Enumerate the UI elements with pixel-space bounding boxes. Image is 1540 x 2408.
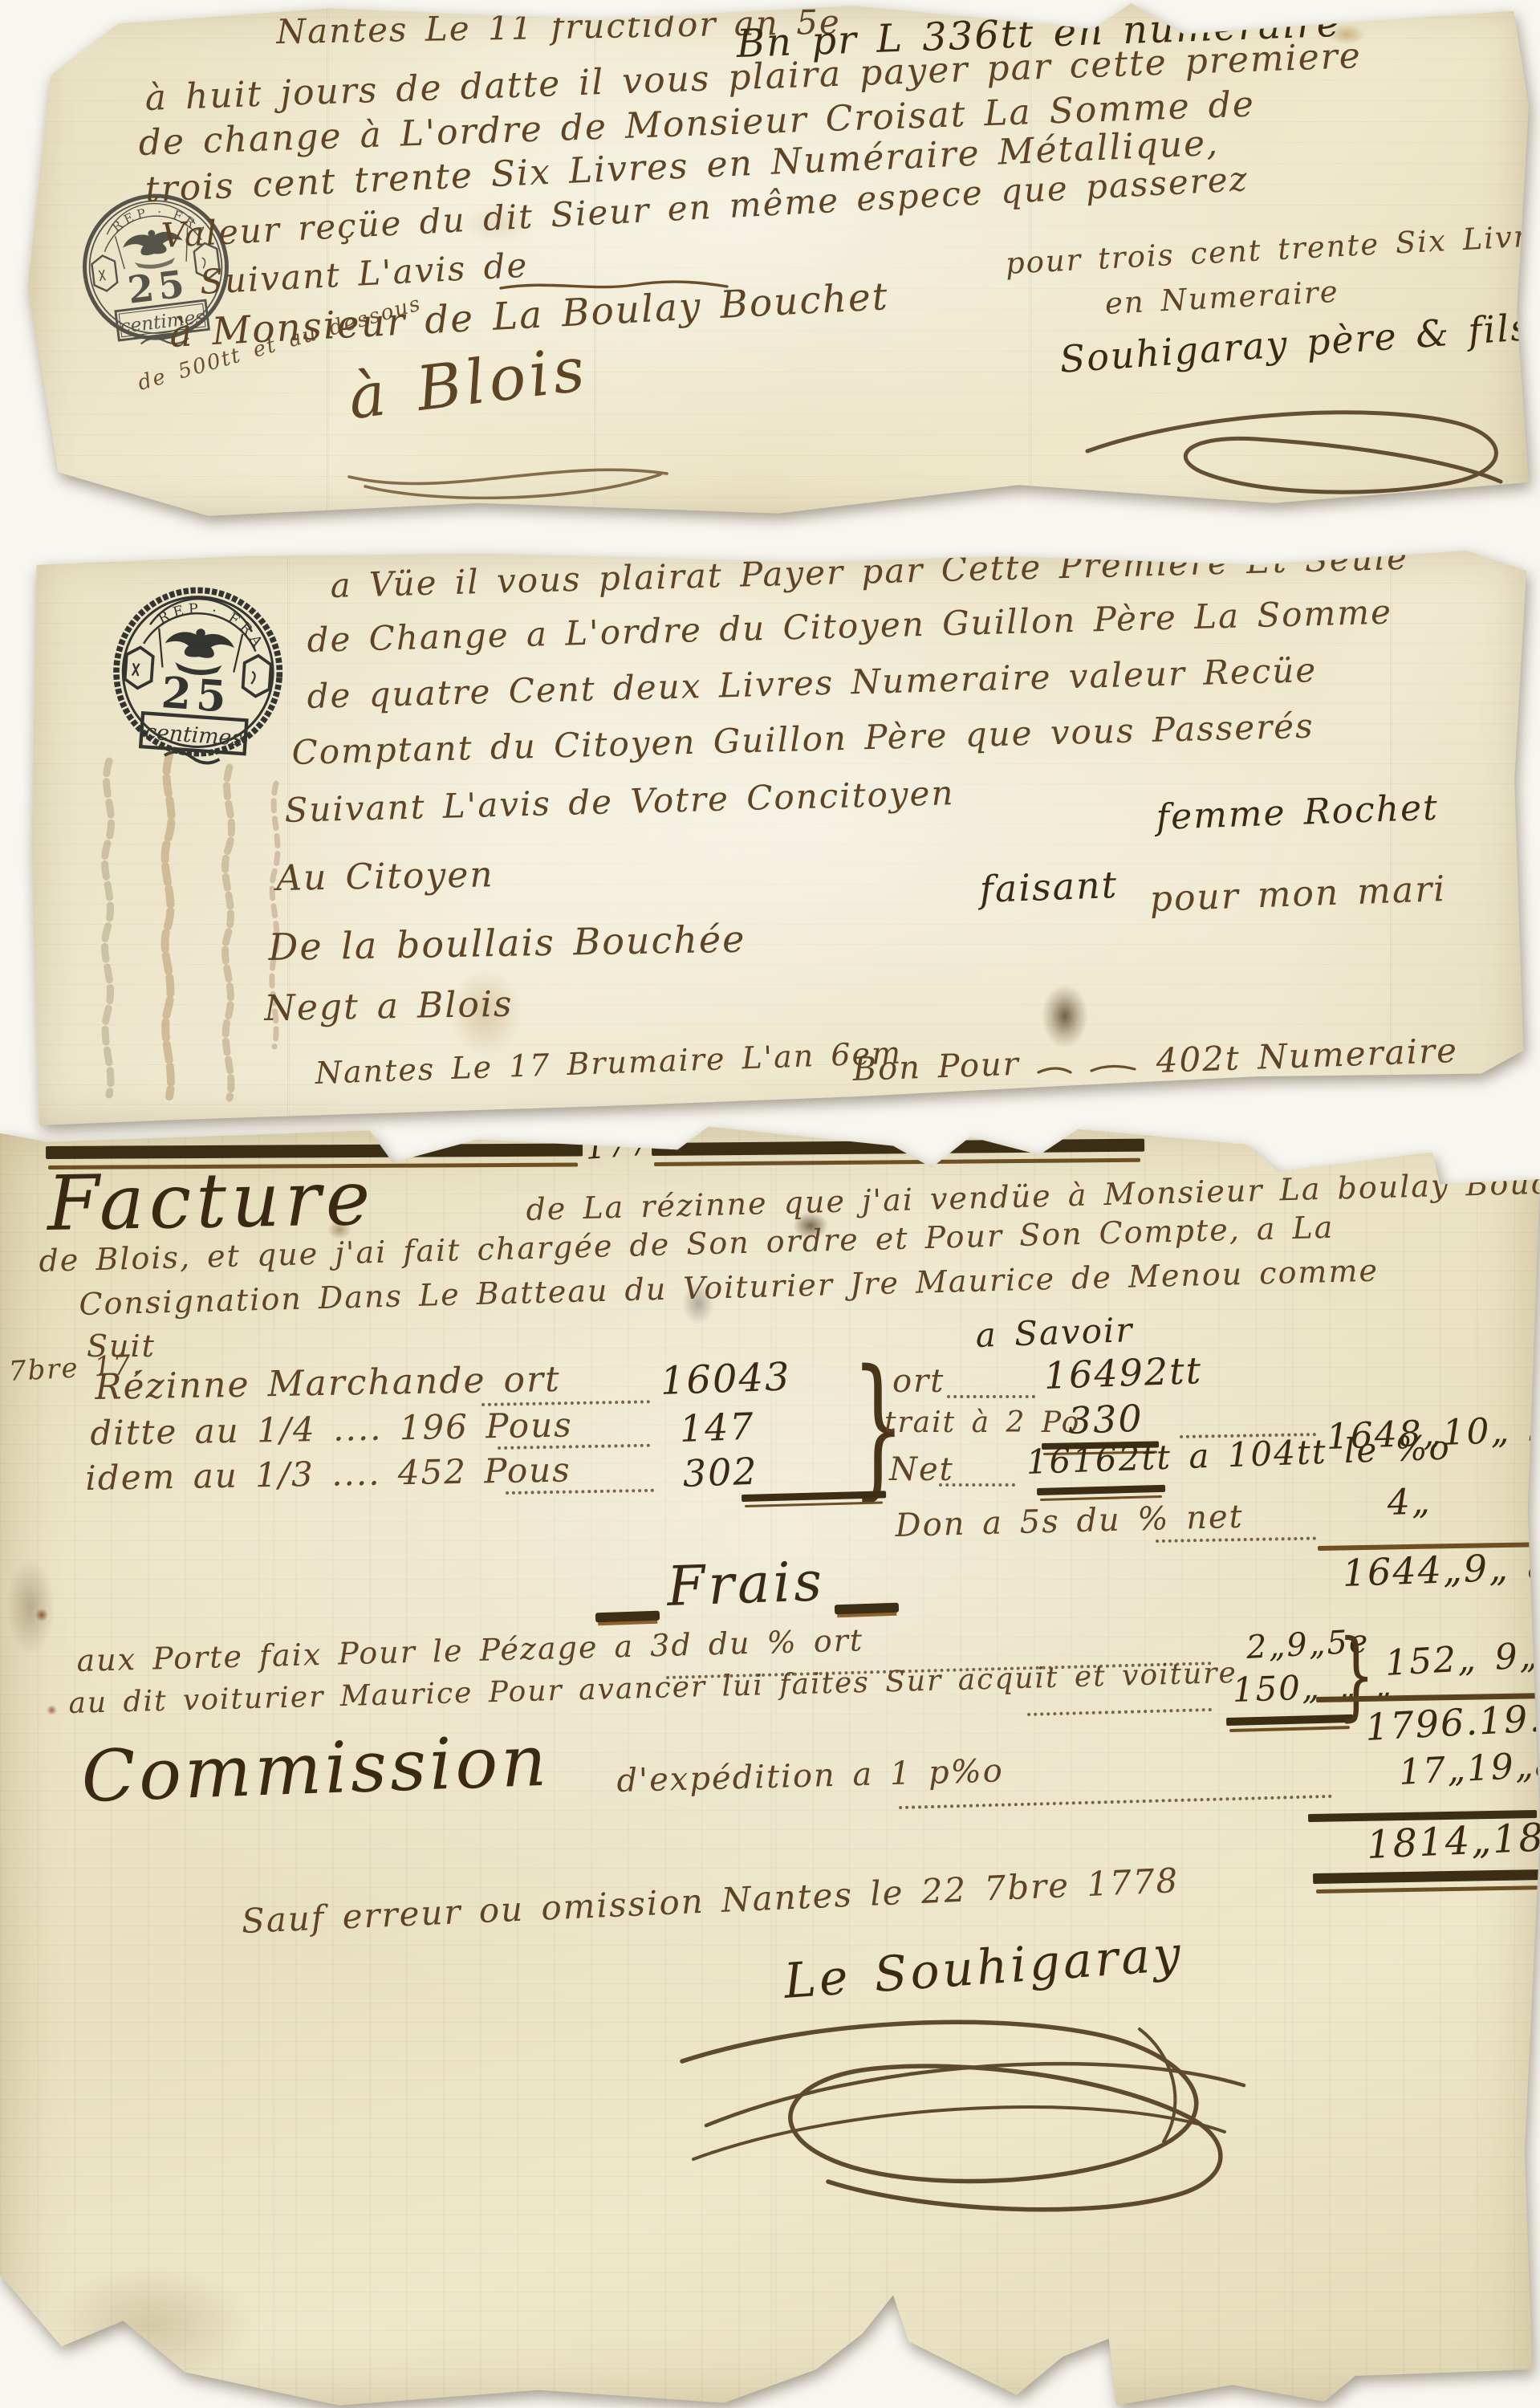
dotted-leader [1027,1706,1212,1716]
bleedthrough-writing [69,751,302,1104]
year-1778: 1778 [584,1125,674,1165]
doc1-amount-words-2: en Numeraire [1104,277,1339,320]
closing-line: Sauf erreur ou omission Nantes le 22 7br… [241,1863,1180,1939]
left-badge [91,254,118,292]
doc2-amount: 402t Numeraire [1156,1033,1459,1079]
doc2-body-line: Comptant du Citoyen Guillon Père que vou… [291,709,1314,771]
blois-underline-flourish [339,453,685,504]
table-right-label: trait à 2 Po [884,1408,1080,1438]
doc2-addressee-line: De la boullais Bouchée [268,920,746,967]
doc2-faisant: faisant [979,865,1119,909]
total-rule-thin [1316,1885,1538,1893]
dotted-leader [947,1393,1035,1398]
table-row-label: idem au 1/3 .... 452 Pous [85,1452,571,1496]
doc1-amount-words: pour trois cent trente Six Livres [1005,219,1540,279]
doc2-avis-line: Suivant L'avis de Votre Concitoyen [284,775,955,828]
commission-detail: d'expédition a 1 p%o [616,1754,1004,1798]
dotted-leader [899,1793,1332,1809]
total-rule [1313,1869,1540,1884]
table-row-label: Rézinne Marchande ort [95,1361,561,1406]
ink-dash [1035,1061,1140,1079]
stain [6,1559,55,1655]
doc2-body-line: a Vüe il vous plairat Payer par Cette Pr… [330,540,1408,604]
amount-gross: 1648„10„ 5 [1326,1411,1540,1456]
underline-thin [1229,1726,1350,1732]
fold-shadow [48,2265,257,2386]
frais-carry: 1796.19.1 [1364,1698,1540,1747]
table-right-value: 16492tt [1043,1351,1203,1395]
frais-heading: Frais [666,1553,826,1616]
document-1-bill-of-exchange: REP · FRA 25 centimes [28,3,1529,519]
red-speck [35,1609,48,1621]
underline [1226,1714,1353,1726]
a-savoir: a Savoir [975,1312,1134,1353]
subtotal: 1644„9„ 8 [1342,1547,1540,1592]
table-right-label: ort [892,1365,945,1398]
document-3-facture: 1778 Facture de La rézinne que j'ai vend… [0,1125,1540,2408]
don-value: 4„ 9 [1387,1479,1540,1522]
don-label: Don a 5s du % net [895,1500,1244,1543]
scanned-documents-page: { "stamp": { "arc_text": "REP · FRA", "v… [0,0,1540,2408]
commission-heading: Commission [80,1724,551,1815]
doc2-pour-mon-mari: pour mon mari [1149,871,1447,918]
frais-dash-right [835,1603,899,1615]
doc1-place-blois: à Blois [345,336,591,429]
right-badge [242,655,271,698]
document-1-paper: REP · FRA 25 centimes [28,3,1529,519]
doc3-signature: Le Souhigaray [782,1929,1185,2007]
underline [1037,1485,1165,1495]
doc2-addressee-line: Negt a Blois [264,986,514,1028]
dotted-leader [939,1482,1015,1487]
document-2-paper: REP · FRA 25 centimes [32,551,1526,1125]
facture-heading: Facture [47,1160,376,1245]
left-badge [124,646,153,689]
document-2-bill-of-exchange: REP · FRA 25 centimes [32,551,1526,1125]
signature-flourish [1071,395,1521,507]
header-rule-right-thin [654,1158,1140,1166]
doc2-femme-rochet: femme Rochet [1156,790,1440,836]
table-right-value: 330 [1067,1399,1144,1441]
document-3-paper: 1778 Facture de La rézinne que j'ai vend… [0,1125,1540,2408]
doc2-body-line: de quatre Cent deux Livres Numeraire val… [307,653,1318,714]
commission-value: 17„19„8 [1398,1747,1540,1792]
table-qty: 147 [679,1407,755,1449]
doc2-bon-pour: Bon Pour [852,1047,1021,1087]
doc2-body-line: de Change a L'ordre du Citoyen Guillon P… [307,595,1392,658]
doc2-addressee-line: Au Citoyen [276,856,494,897]
table-qty: 16043 [660,1357,791,1401]
doc2-dateline: Nantes Le 17 Brumaire L'an 6em [315,1037,903,1089]
crease [1284,1125,1286,2408]
table-qty: 302 [682,1452,758,1494]
frais-sum: 152„ 9„ 5 [1384,1635,1540,1682]
signature-flourish [658,2005,1276,2262]
doc1-avis-line: Suivant L'avis de [199,248,529,300]
red-speck [47,1705,57,1715]
header-rule-right [652,1139,1144,1156]
grand-total: 1814„18„ [1366,1816,1540,1865]
ink-stain [1042,984,1088,1048]
frais-dash-left [595,1611,660,1623]
